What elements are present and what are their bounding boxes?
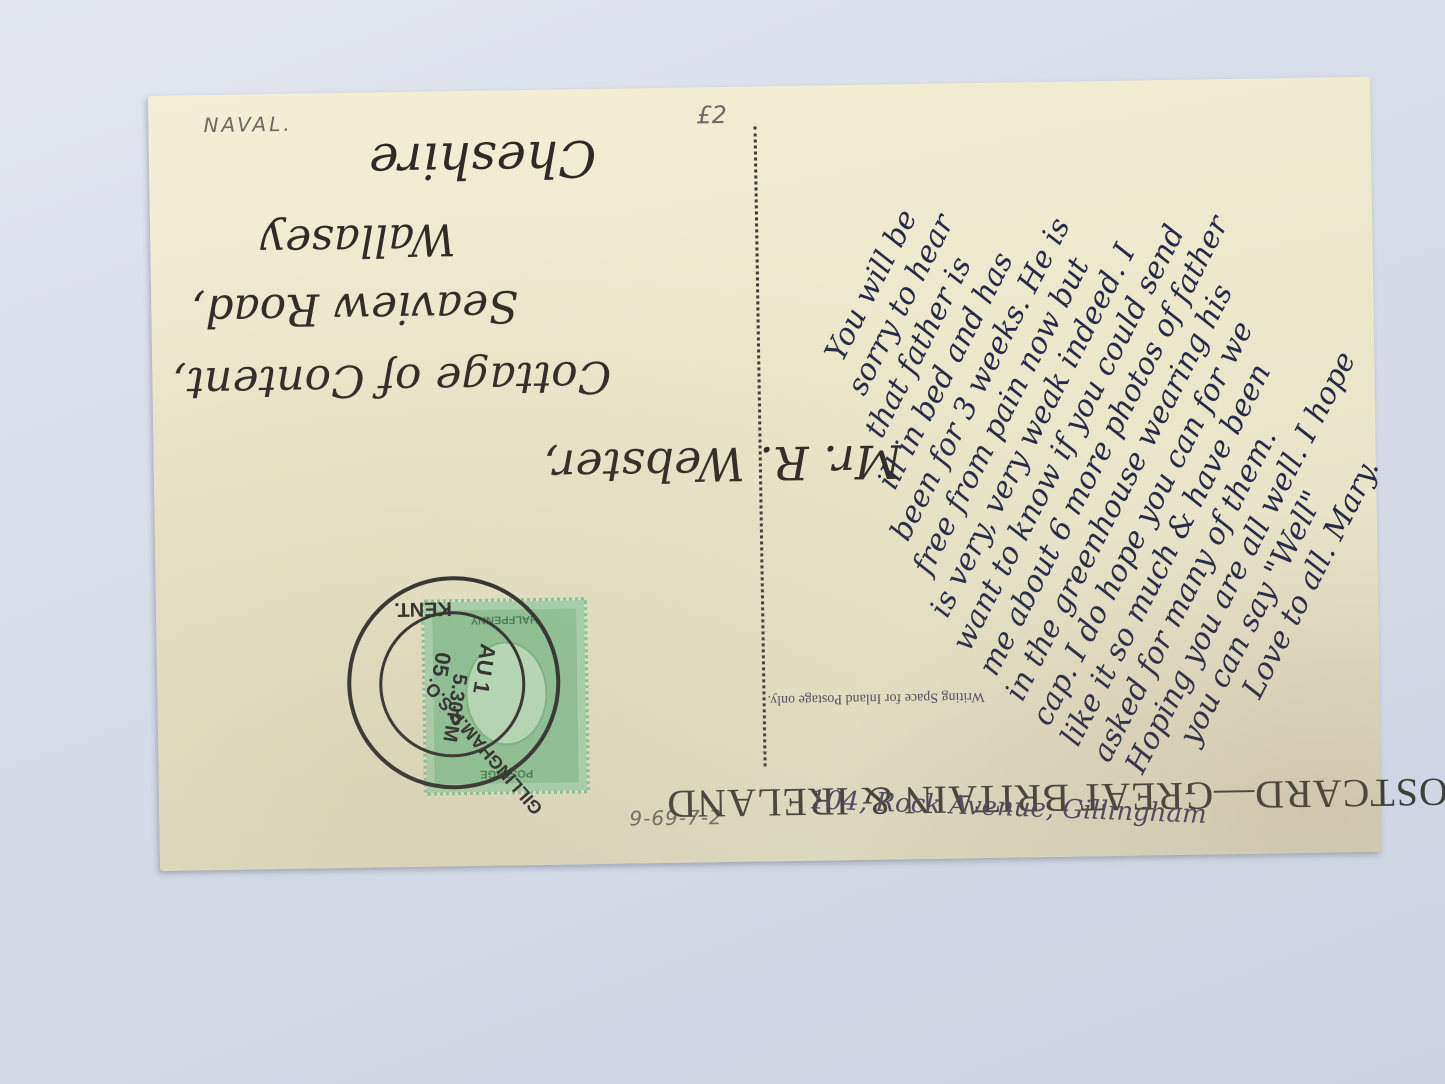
- address-line-town: Wallasey: [260, 213, 456, 267]
- pencil-price-note: £2: [696, 101, 727, 129]
- address-line-road: Seaview Road,: [191, 280, 519, 336]
- address-line-house: Cottage of Content,: [172, 351, 612, 409]
- message-block: You will be sorry to hear that father is…: [748, 77, 1380, 862]
- sender-address: 104, Rock Avenue, Gillingham: [809, 785, 1207, 830]
- postcard: NAVAL. £2 9-69-7-2 Mr. R. Webster, Cotta…: [148, 77, 1382, 871]
- address-line-county: Cheshire: [369, 129, 597, 191]
- postmark-year: 05: [426, 650, 456, 678]
- postmark-county: KENT.: [394, 596, 452, 620]
- pencil-category-note: NAVAL.: [203, 112, 293, 137]
